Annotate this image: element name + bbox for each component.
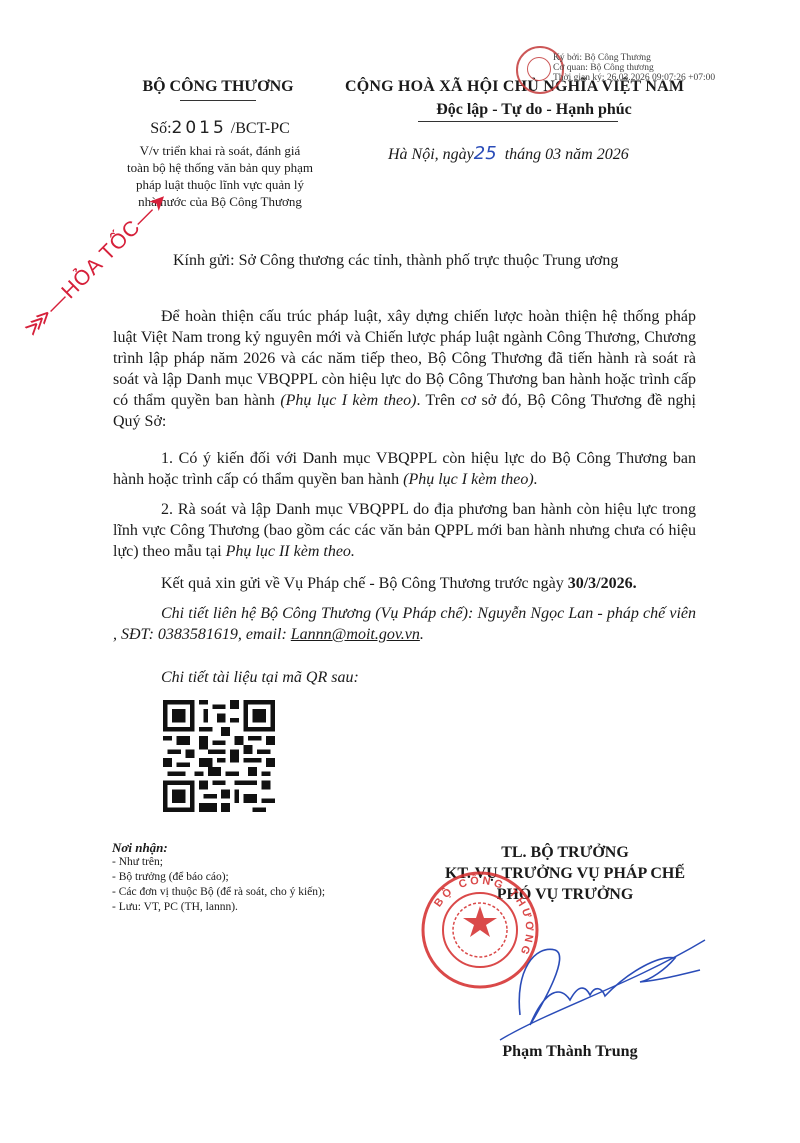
salutation: Kính gửi: Sở Công thương các tỉnh, thành… — [173, 252, 618, 270]
recipients-list: Nơi nhận: - Như trên; - Bộ trưởng (để bá… — [112, 840, 325, 915]
item2-text: 2. Rà soát và lập Danh mục VBQPPL do địa… — [113, 501, 696, 560]
contact-email-link[interactable]: Lannn@moit.gov.vn — [291, 626, 420, 643]
intro-appendix-ref: (Phụ lục I kèm theo) — [280, 392, 416, 409]
request-item-1: 1. Có ý kiến đối với Danh mục VBQPPL còn… — [113, 448, 696, 490]
place-date-suffix: tháng 03 năm 2026 — [505, 146, 629, 163]
place-date-prefix: Hà Nội, ngày — [388, 146, 474, 163]
signature-info-line: Thời gian ký: 26.03.2026 09:07:26 +07:00 — [553, 73, 715, 83]
recipient-item: - Bộ trưởng (để báo cáo); — [112, 870, 325, 885]
document-subject: V/v triển khai rà soát, đánh giá toàn bộ… — [100, 142, 340, 210]
signature-info-line: Cơ quan: Bộ Công thương — [553, 63, 715, 73]
doc-number-suffix: /BCT-PC — [231, 120, 290, 137]
deadline-text: Kết quả xin gửi về Vụ Pháp chế - Bộ Công… — [161, 575, 568, 592]
contact-end: . — [420, 626, 424, 643]
item1-appendix-ref: (Phụ lục I kèm theo). — [403, 471, 538, 488]
recipients-title: Nơi nhận: — [112, 840, 325, 855]
signature-info-line: Ký bởi: Bộ Công Thương — [553, 53, 715, 63]
subject-line: toàn bộ hệ thống văn bản quy phạm — [100, 159, 340, 176]
signer-line-1: TL. BỘ TRƯỞNG — [425, 842, 705, 863]
deadline-paragraph: Kết quả xin gửi về Vụ Pháp chế - Bộ Công… — [113, 573, 696, 594]
handwritten-signature-icon — [490, 930, 710, 1050]
document-number: Số:2015 /BCT-PC — [125, 118, 315, 138]
place-date: Hà Nội, ngày25 tháng 03 năm 2026 — [388, 143, 728, 164]
digital-signature-info: Ký bởi: Bộ Công Thương Cơ quan: Bộ Công … — [553, 53, 715, 83]
organization-underline — [180, 100, 256, 101]
issuing-organization: BỘ CÔNG THƯƠNG — [118, 78, 318, 96]
recipient-item: - Như trên; — [112, 855, 325, 870]
subject-line: V/v triển khai rà soát, đánh giá — [100, 142, 340, 159]
request-item-2: 2. Rà soát và lập Danh mục VBQPPL do địa… — [113, 499, 696, 562]
national-motto: Độc lập - Tự do - Hạnh phúc — [384, 101, 684, 119]
subject-line: pháp luật thuộc lĩnh vực quản lý — [100, 176, 340, 193]
intro-paragraph: Để hoàn thiện cấu trúc pháp luật, xây dự… — [113, 306, 696, 432]
doc-number-prefix: Số: — [150, 120, 171, 137]
deadline-date: 30/3/2026. — [568, 575, 637, 592]
recipient-item: - Lưu: VT, PC (TH, lannn). — [112, 900, 325, 915]
place-date-day: 25 — [474, 143, 497, 164]
item2-appendix-ref: Phụ lục II kèm theo. — [226, 543, 355, 560]
recipient-item: - Các đơn vị thuộc Bộ (để rà soát, cho ý… — [112, 885, 325, 900]
qr-caption: Chi tiết tài liệu tại mã QR sau: — [113, 667, 696, 688]
doc-number-value: 2015 — [172, 118, 227, 138]
qr-code-icon[interactable] — [163, 700, 275, 812]
motto-underline — [418, 121, 618, 122]
contact-paragraph: Chi tiết liên hệ Bộ Công Thương (Vụ Pháp… — [113, 603, 696, 645]
urgent-stamp-text: HỎA TỐC — [57, 215, 145, 303]
signer-name: Phạm Thành Trung — [470, 1043, 670, 1061]
